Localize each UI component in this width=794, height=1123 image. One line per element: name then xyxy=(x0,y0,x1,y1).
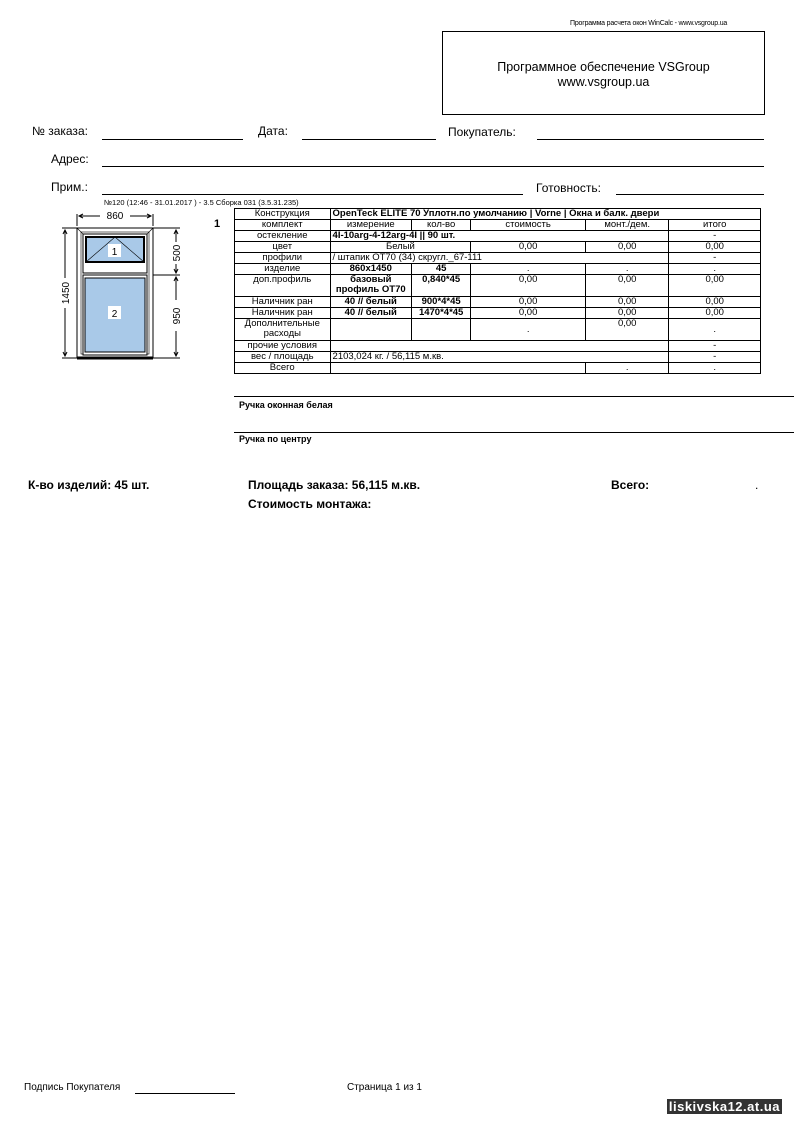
empty-cell xyxy=(330,363,585,374)
table-row: Наличник ран 40 // белый 1470*4*45 0,00 … xyxy=(235,308,761,319)
row-label: Всего xyxy=(235,363,331,374)
row-cost: 0,00 xyxy=(471,242,586,253)
width-dimension: 860 xyxy=(107,211,124,222)
row-cost: . xyxy=(471,319,586,341)
brand-line-1: Программное обеспечение VSGroup xyxy=(443,60,764,75)
total-value: . xyxy=(755,478,758,492)
address-label: Адрес: xyxy=(51,152,89,166)
table-row: цвет Белый 0,00 0,00 0,00 xyxy=(235,242,761,253)
sash-label-2: 2 xyxy=(112,309,118,320)
glazing-value: 4I-10arg-4-12arg-4I || 90 шт. xyxy=(330,231,669,242)
table-row: изделие 860x1450 45 . . . xyxy=(235,264,761,275)
table-header-row: комплект измерение кол-во стоимость монт… xyxy=(235,220,761,231)
window-drawing: 1 2 860 1450 500 950 xyxy=(50,208,230,368)
row-total: . xyxy=(669,363,761,374)
row-total: - xyxy=(669,341,761,352)
order-no-field[interactable] xyxy=(102,139,243,140)
row-label: Наличник ран xyxy=(235,297,331,308)
height-dimension: 1450 xyxy=(61,281,72,304)
row-total: . xyxy=(669,319,761,341)
items-count: К-во изделий: 45 шт. xyxy=(28,478,149,492)
top-section-dimension: 500 xyxy=(172,244,183,261)
row-cost: 0,00 xyxy=(471,297,586,308)
total-label: Всего: xyxy=(611,478,649,492)
row-label: изделие xyxy=(235,264,331,275)
row-mount: 0,00 xyxy=(585,319,668,341)
profiles-value: / штапик OT70 (34) скругл._67-111 xyxy=(330,253,669,264)
note-2: Ручка по центру xyxy=(234,432,794,444)
date-label: Дата: xyxy=(258,124,288,138)
row-qty: 45 xyxy=(411,264,470,275)
row-total: . xyxy=(669,264,761,275)
col-header: измерение xyxy=(330,220,411,231)
row-mount: 0,00 xyxy=(585,242,668,253)
program-caption: Программа расчета окон WinCalc - www.vsg… xyxy=(570,20,727,27)
note-field[interactable] xyxy=(102,194,523,195)
row-total: - xyxy=(669,231,761,242)
row-total: 0,00 xyxy=(669,308,761,319)
buyer-field[interactable] xyxy=(537,139,764,140)
col-header: монт./дем. xyxy=(585,220,668,231)
row-measure: 40 // белый xyxy=(330,297,411,308)
row-label: Наличник ран xyxy=(235,308,331,319)
spec-table: Конструкция OpenTeck ELITE 70 Уплотн.по … xyxy=(234,208,761,374)
brand-line-2: www.vsgroup.ua xyxy=(443,75,764,90)
row-total: - xyxy=(669,253,761,264)
row-mount: 0,00 xyxy=(585,308,668,319)
signature-field[interactable] xyxy=(135,1093,235,1094)
row-qty: 0,840*45 xyxy=(411,275,470,297)
row-label: профили xyxy=(235,253,331,264)
row-label: Дополнительные расходы xyxy=(235,319,331,341)
col-header: комплект xyxy=(235,220,331,231)
row-cost: 0,00 xyxy=(471,275,586,297)
ready-label: Готовность: xyxy=(536,181,601,195)
col-header: итого xyxy=(669,220,761,231)
row-measure: 860x1450 xyxy=(330,264,411,275)
table-row: Всего . . xyxy=(235,363,761,374)
col-header: кол-во xyxy=(411,220,470,231)
row-total: 0,00 xyxy=(669,242,761,253)
row-total: 0,00 xyxy=(669,297,761,308)
row-mount: . xyxy=(585,363,668,374)
table-row: доп.профиль базовый профиль OT70 0,840*4… xyxy=(235,275,761,297)
construction-value: OpenTeck ELITE 70 Уплотн.по умолчанию | … xyxy=(330,209,760,220)
empty-cell xyxy=(411,319,470,341)
row-measure: 40 // белый xyxy=(330,308,411,319)
row-total: - xyxy=(669,352,761,363)
watermark: liskivska12.at.ua xyxy=(667,1099,782,1114)
row-label: вес / площадь xyxy=(235,352,331,363)
item-number: 1 xyxy=(214,218,220,230)
order-area: Площадь заказа: 56,115 м.кв. xyxy=(248,478,420,492)
buyer-label: Покупатель: xyxy=(448,125,516,139)
construction-label: Конструкция xyxy=(235,209,331,220)
empty-cell xyxy=(330,341,669,352)
row-label: цвет xyxy=(235,242,331,253)
order-no-label: № заказа: xyxy=(32,124,88,138)
install-cost: Стоимость монтажа: xyxy=(248,497,371,511)
sash-label-1: 1 xyxy=(112,247,118,258)
build-info: №120 (12:46 - 31.01.2017 ) - 3.5 Сборка … xyxy=(104,198,299,207)
table-row: Конструкция OpenTeck ELITE 70 Уплотн.по … xyxy=(235,209,761,220)
table-row: профили / штапик OT70 (34) скругл._67-11… xyxy=(235,253,761,264)
row-total: 0,00 xyxy=(669,275,761,297)
row-cost: . xyxy=(471,264,586,275)
bottom-section-dimension: 950 xyxy=(172,307,183,324)
brand-box: Программное обеспечение VSGroup www.vsgr… xyxy=(442,31,765,115)
weight-value: 2103,024 кг. / 56,115 м.кв. xyxy=(330,352,669,363)
address-field[interactable] xyxy=(102,166,764,167)
table-row: остекление 4I-10arg-4-12arg-4I || 90 шт.… xyxy=(235,231,761,242)
row-cost: 0,00 xyxy=(471,308,586,319)
color-value: Белый xyxy=(330,242,471,253)
row-qty: 900*4*45 xyxy=(411,297,470,308)
empty-cell xyxy=(330,319,411,341)
note-label: Прим.: xyxy=(51,180,88,194)
row-mount: 0,00 xyxy=(585,297,668,308)
page-number: Страница 1 из 1 xyxy=(347,1082,422,1093)
table-row: Наличник ран 40 // белый 900*4*45 0,00 0… xyxy=(235,297,761,308)
note-1: Ручка оконная белая xyxy=(234,396,794,410)
row-label: остекление xyxy=(235,231,331,242)
note-text: Ручка по центру xyxy=(234,433,794,444)
row-measure: базовый профиль OT70 xyxy=(330,275,411,297)
col-header: стоимость xyxy=(471,220,586,231)
row-mount: 0,00 xyxy=(585,275,668,297)
row-label: доп.профиль xyxy=(235,275,331,297)
row-label: прочие условия xyxy=(235,341,331,352)
table-row: Дополнительные расходы . 0,00 . xyxy=(235,319,761,341)
table-row: вес / площадь 2103,024 кг. / 56,115 м.кв… xyxy=(235,352,761,363)
signature-label: Подпись Покупателя xyxy=(24,1082,120,1093)
date-field[interactable] xyxy=(302,139,436,140)
note-text: Ручка оконная белая xyxy=(234,397,794,410)
ready-field[interactable] xyxy=(616,194,764,195)
row-qty: 1470*4*45 xyxy=(411,308,470,319)
table-row: прочие условия - xyxy=(235,341,761,352)
row-mount: . xyxy=(585,264,668,275)
